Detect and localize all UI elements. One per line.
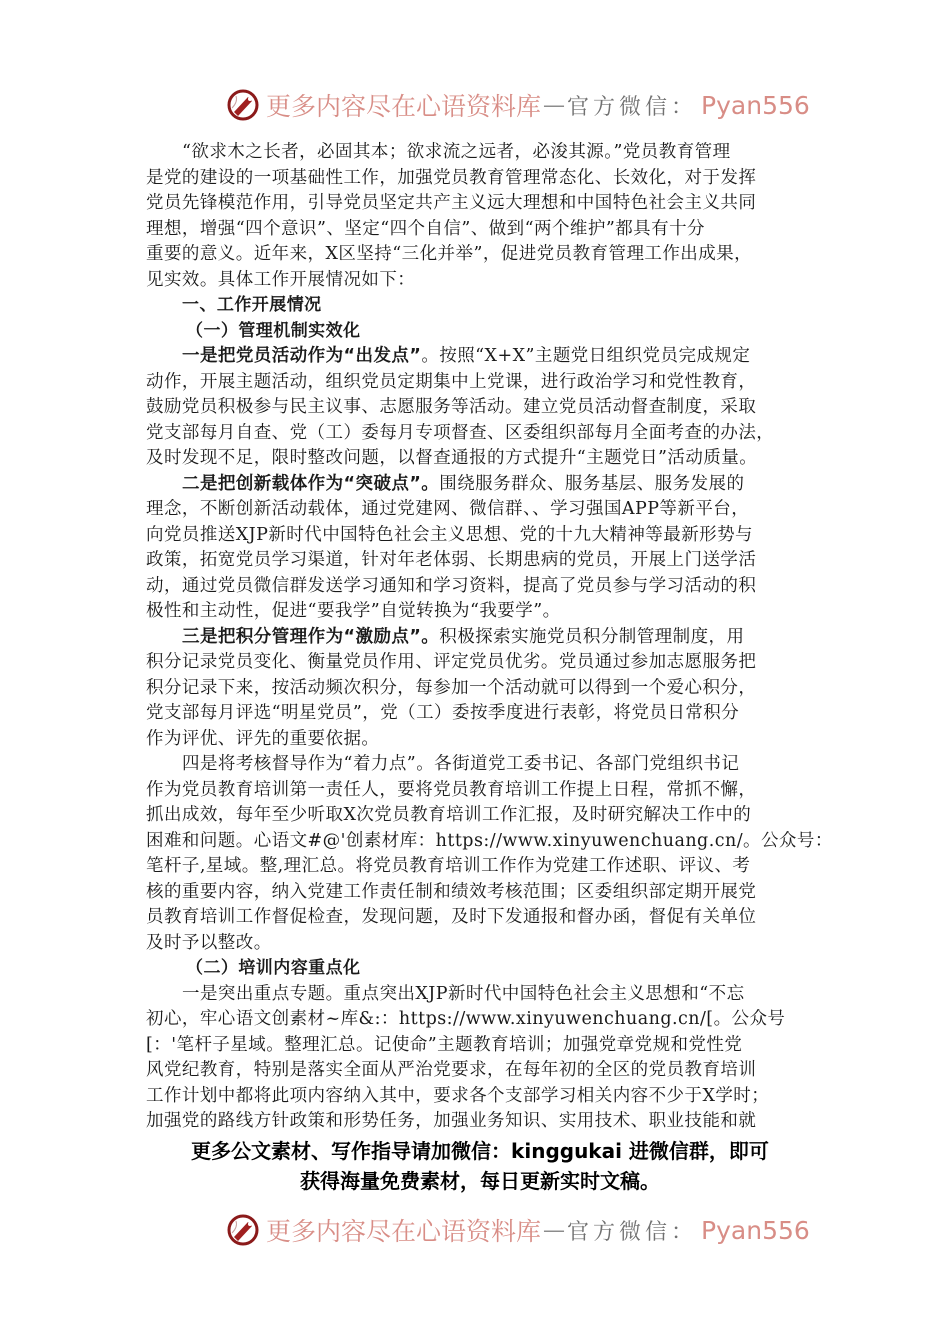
paragraph-text: 积极探索实施党员积分制管理制度，用 (439, 627, 744, 647)
paragraph-first-line: 一是把党员活动作为“出发点”。按照“X+X”主题党日组织党员完成规定 (146, 344, 798, 370)
paragraph-line: 员教育培训工作督促检查，发现问题，及时下发通报和督办函，督促有关单位 (146, 905, 798, 931)
paragraph-first-line: 四是将考核督导作为“着力点”。各街道党工委书记、各部门党组织书记 (146, 752, 798, 778)
intro-line: 党员先锋模范作用，引导党员坚定共产主义远大理想和中国特色社会主义共同 (146, 191, 798, 217)
paragraph-lead: 三是把积分管理作为“激励点”。 (182, 627, 439, 647)
footer-banner: 更多内容尽在心语资料库 — 官方微信： Pyan556 (226, 1208, 810, 1252)
banner-dash: — (543, 1218, 565, 1243)
promo-line-2: 获得海量免费素材，每日更新实时文稿。 (140, 1166, 820, 1196)
pen-logo-icon (226, 88, 260, 122)
paragraph-line: 作为评优、评先的重要依据。 (146, 727, 798, 753)
paragraph-first-line: 三是把积分管理作为“激励点”。积极探索实施党员积分制管理制度，用 (146, 625, 798, 651)
subsection-heading: （一）管理机制实效化 (146, 319, 798, 345)
paragraph-text: 。按照“X+X”主题党日组织党员完成规定 (421, 346, 750, 366)
paragraph-line: 初心，牢心语文创素材~库&:：https://www.xinyuwenchuan… (146, 1007, 798, 1033)
paragraph-line: 极性和主动性，促进“要我学”自觉转换为“我要学”。 (146, 599, 798, 625)
paragraph-text: 围绕服务群众、服务基层、服务发展的 (439, 474, 744, 494)
paragraph-line: 向党员推送XJP新时代中国特色社会主义思想、党的十九大精神等最新形势与 (146, 523, 798, 549)
paragraph-line: [：'笔杆子星域。整理汇总。记使命”主题教育培训；加强党章党规和党性党 (146, 1033, 798, 1059)
intro-line: “欲求木之长者，必固其本；欲求流之远者，必浚其源。”党员教育管理 (146, 140, 798, 166)
document-body: “欲求木之长者，必固其本；欲求流之远者，必浚其源。”党员教育管理 是党的建设的一… (146, 140, 798, 1135)
promo-notice: 更多公文素材、写作指导请加微信：kinggukai 进微信群，即可 获得海量免费… (140, 1136, 820, 1196)
paragraph-line: 及时发现不足，限时整改问题，以督查通报的方式提升“主题党日”活动质量。 (146, 446, 798, 472)
paragraph-line: 工作计划中都将此项内容纳入其中，要求各个支部学习相关内容不少于X学时； (146, 1084, 798, 1110)
paragraph-line: 积分记录下来，按活动频次积分，每参加一个活动就可以得到一个爱心积分， (146, 676, 798, 702)
wechat-label: 官方微信： (567, 90, 697, 121)
subsection-heading: （二）培训内容重点化 (146, 956, 798, 982)
paragraph-line: 作为党员教育培训第一责任人，要将党员教育培训工作提上日程，常抓不懈， (146, 778, 798, 804)
paragraph-line: 抓出成效，每年至少听取X次党员教育培训工作汇报，及时研究解决工作中的 (146, 803, 798, 829)
paragraph-line: 笔杆子,星域。整,理汇总。将党员教育培训工作作为党建工作述职、评议、考 (146, 854, 798, 880)
paragraph-line: 核的重要内容，纳入党建工作责任制和绩效考核范围；区委组织部定期开展党 (146, 880, 798, 906)
banner-dash: — (543, 93, 565, 118)
paragraph-lead: 一是把党员活动作为“出发点” (182, 346, 421, 366)
brand-text: 更多内容尽在心语资料库 (266, 87, 541, 123)
paragraph-first-line: 一是突出重点专题。重点突出XJP新时代中国特色社会主义思想和“不忘 (146, 982, 798, 1008)
wechat-label: 官方微信： (567, 1215, 697, 1246)
paragraph-line: 加强党的路线方针政策和形势任务，加强业务知识、实用技术、职业技能和就 (146, 1109, 798, 1135)
paragraph-line: 鼓励党员积极参与民主议事、志愿服务等活动。建立党员活动督查制度，采取 (146, 395, 798, 421)
paragraph-line: 动作，开展主题活动，组织党员定期集中上党课，进行政治学习和党性教育， (146, 370, 798, 396)
paragraph-line: 风党纪教育，特别是落实全面从严治党要求，在每年初的全区的党员教育培训 (146, 1058, 798, 1084)
paragraph-line: 动，通过党员微信群发送学习通知和学习资料，提高了党员参与学习活动的积 (146, 574, 798, 600)
paragraph-line: 党支部每月评选“明星党员”，党（工）委按季度进行表彰，将党员日常积分 (146, 701, 798, 727)
promo-line-1: 更多公文素材、写作指导请加微信：kinggukai 进微信群，即可 (140, 1136, 820, 1166)
paragraph-first-line: 二是把创新载体作为“突破点”。围绕服务群众、服务基层、服务发展的 (146, 472, 798, 498)
intro-line: 是党的建设的一项基础性工作，加强党员教育管理常态化、长效化，对于发挥 (146, 166, 798, 192)
intro-line: 理想，增强“四个意识”、坚定“四个自信”、做到“两个维护”都具有十分 (146, 217, 798, 243)
header-banner: 更多内容尽在心语资料库 — 官方微信： Pyan556 (226, 83, 810, 127)
pen-logo-icon (226, 1213, 260, 1247)
section-heading: 一、工作开展情况 (146, 293, 798, 319)
paragraph-line: 困难和问题。心语文#@'创素材库：https://www.xinyuwenchu… (146, 829, 798, 855)
intro-line: 重要的意义。近年来，X区坚持“三化并举”，促进党员教育管理工作出成果， (146, 242, 798, 268)
paragraph-line: 理念，不断创新活动载体，通过党建网、微信群、、学习强国APP等新平台， (146, 497, 798, 523)
paragraph-line: 党支部每月自查、党（工）委每月专项督查、区委组织部每月全面考查的办法， (146, 421, 798, 447)
paragraph-line: 积分记录党员变化、衡量党员作用、评定党员优劣。党员通过参加志愿服务把 (146, 650, 798, 676)
wechat-id: Pyan556 (701, 1216, 810, 1245)
brand-text: 更多内容尽在心语资料库 (266, 1212, 541, 1248)
wechat-id: Pyan556 (701, 91, 810, 120)
intro-line: 见实效。具体工作开展情况如下： (146, 268, 798, 294)
paragraph-line: 及时予以整改。 (146, 931, 798, 957)
paragraph-lead: 二是把创新载体作为“突破点”。 (182, 474, 439, 494)
paragraph-line: 政策，拓宽党员学习渠道，针对年老体弱、长期患病的党员，开展上门送学活 (146, 548, 798, 574)
